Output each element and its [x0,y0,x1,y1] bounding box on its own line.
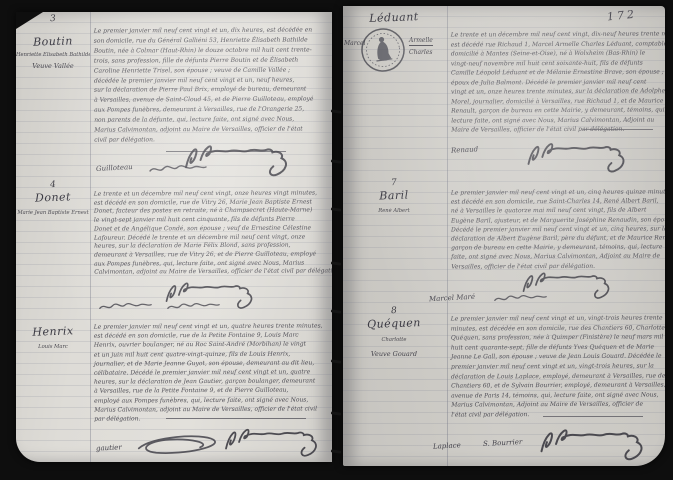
handwritten-line: Le premier janvier mil neuf cent vingt e… [451,313,661,324]
handwritten-line: l'état civil par délégation. [451,409,661,420]
act-widow-note: Veuve Vallée [16,62,90,70]
handwritten-line: lecture faite, ont signé avec Nous, Mari… [451,115,661,126]
binding-stitch [331,449,341,453]
witness-signature: Renaud [451,145,478,154]
official-signature [519,424,664,464]
official-signature [501,138,651,176]
handwritten-line: faite, ont signé avec Nous, Marius Calvi… [451,252,661,262]
act-given-name-right: Armelle [409,37,433,46]
witness-signature-flourish [130,430,222,458]
witness-signature: Guilloteau [96,163,133,173]
act-given-name-right: Charles [409,49,432,57]
act-surname: Baril [343,188,445,204]
act-surname: Henrix [16,325,90,340]
register-right-page: 172 Léduant Marcel Armelle Charles Le tr… [343,6,665,466]
handwritten-line: trois, sans profession, fille de défunts… [94,55,330,66]
act-body-text: Le trente et un décembre mil neuf cent v… [451,29,662,135]
dog-ear-corner [16,12,43,29]
handwritten-line: Le trente et un décembre mil neuf cent v… [451,29,661,40]
binding-stitch [331,359,341,363]
closing-rule [166,418,306,419]
handwritten-line: Calvimontan, adjoint au Maire de Versail… [94,268,330,278]
act-given-name-left: Marcel [344,40,365,48]
act-body-text: Le trente et un décembre mil neuf cent v… [94,189,330,277]
handwritten-line: Henrix, ouvrier boulanger, né au Roc Sai… [94,340,330,350]
act-body-text: Le premier janvier mil neuf cent vingt e… [94,25,331,145]
act-body-text: Le premier janvier mil neuf cent vingt e… [94,321,331,423]
handwritten-line: Marius Calvimontan, adjoint au Maire de … [94,404,330,414]
act-given-names: Marie Jean Baptiste Ernest [16,210,90,217]
witness-signature-flourish [148,162,208,176]
act-body-text: Le premier janvier mil neuf cent vingt e… [451,313,662,420]
handwritten-line: aux Pompes funèbres, demeurant à Versail… [94,105,330,116]
act-given-names: Henriette Élisabeth Bathilde [16,52,90,59]
handwritten-line: Marius Calvimontan, adjoint au Maire de … [94,124,330,135]
act-given-names: Charlotte [343,337,445,344]
official-signature [214,424,328,460]
death-act-5: Henrix Louis Marc Le premier janvier mil… [16,310,332,462]
witness-signature: gautier [96,443,122,452]
act-given-names: Louis Marc [16,344,90,351]
handwritten-line: Marius Calvimontan, Adjoint au Maire de … [451,400,661,411]
death-act-6: Léduant Marcel Armelle Charles Le trente… [343,6,665,178]
binding-stitch [331,261,341,265]
act-surname: Boutin [16,35,90,50]
act-widow-note: Veuve Gouard [343,350,445,358]
handwritten-line: Camille Léopold Léduant et de Mélanie Er… [451,67,661,78]
binding-stitch [331,207,341,211]
witness-signature: S. Bourrier [483,438,523,448]
official-seal-icon [356,23,410,77]
witness-signature: Laplace [433,441,461,450]
act-given-names: René Albert [343,208,445,215]
handwritten-line: premier janvier mil neuf cent vingt et u… [451,361,661,372]
binding-stitch [331,159,341,163]
register-left-page: 3 Boutin Henriette Élisabeth Bathilde Ve… [16,12,332,462]
binding-stitch [331,309,341,313]
witness-signature-flourish [493,292,548,305]
death-act-8: 8 Quéquen Charlotte Veuve Gouard Le prem… [343,306,665,466]
binding-stitch [331,109,341,113]
act-surname: Quéquen [343,316,445,332]
witness-signature: Marcel Maré [429,293,475,303]
closing-rule [543,416,643,417]
binding-stitch [331,411,341,415]
handwritten-line: Renault, garçon de bureau en cette Mairi… [451,105,661,116]
closing-rule [583,129,653,130]
act-surname: Donet [16,191,90,206]
death-act-7: 7 Baril René Albert Le premier janvier m… [343,178,665,306]
handwritten-line: domicilié à Mantes (Seine-et-Oise), né à… [451,48,661,59]
death-act-4: 4 Donet Marie Jean Baptiste Ernest Le tr… [16,180,332,310]
handwritten-line: vingt et un, onze heures trente minutes,… [451,86,661,97]
act-body-text: Le premier janvier mil neuf cent vingt e… [451,187,661,271]
death-act-3: 3 Boutin Henriette Élisabeth Bathilde Ve… [16,12,332,180]
